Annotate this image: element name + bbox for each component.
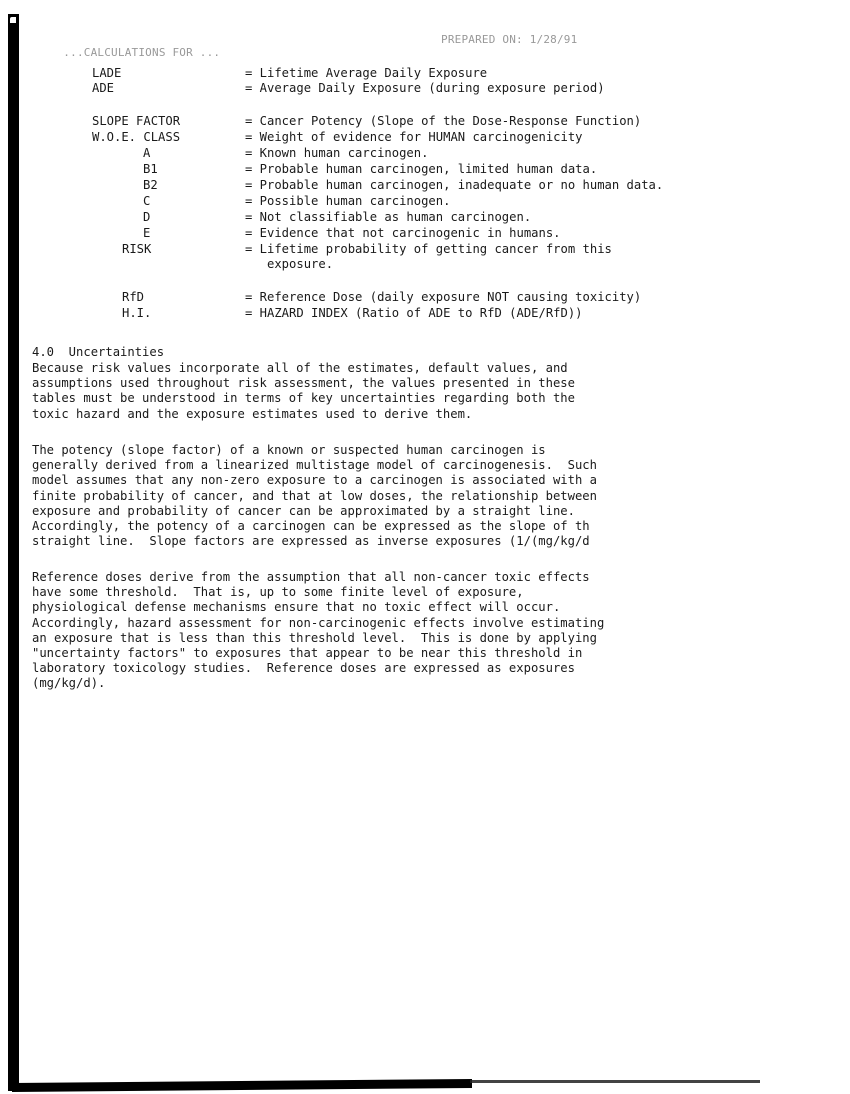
definition-term: C [143,194,150,209]
definition-term: W.O.E. CLASS [92,130,180,145]
definition-term: E [143,226,150,241]
definition-term: H.I. [122,306,151,321]
definition-term: A [143,146,150,161]
scan-border-notch [10,17,16,23]
header-title: ...CALCULATIONS FOR ... [63,46,220,59]
definition-text: = Evidence that not carcinogenic in huma… [245,226,561,241]
definition-text: = Weight of evidence for HUMAN carcinoge… [245,130,583,145]
definition-term: B1 [143,162,158,177]
body-paragraph: The potency (slope factor) of a known or… [32,443,597,549]
definition-term: SLOPE FACTOR [92,114,180,129]
page-header: ...CALCULATIONS FOR ... PREPARED ON: 1/2… [36,33,220,85]
definition-text: = Average Daily Exposure (during exposur… [245,81,605,96]
definition-text: = Reference Dose (daily exposure NOT cau… [245,290,641,305]
definition-term: B2 [143,178,158,193]
definition-term: D [143,210,150,225]
scan-border-bottom-faded [470,1080,760,1083]
definition-term: LADE [92,66,121,81]
document-page: ...CALCULATIONS FOR ... PREPARED ON: 1/2… [0,0,850,1094]
definition-term: RfD [122,290,144,305]
definition-text: = Possible human carcinogen. [245,194,450,209]
definition-text: = Lifetime Average Daily Exposure [245,66,487,81]
definition-term: ADE [92,81,114,96]
definition-text: = Probable human carcinogen, inadequate … [245,178,663,193]
section-title: 4.0 Uncertainties [32,345,164,359]
body-paragraph: Reference doses derive from the assumpti… [32,570,604,692]
scan-border-bottom [12,1079,472,1092]
definition-text: = Known human carcinogen. [245,146,428,161]
scan-border-left [8,14,19,1091]
definition-text: = Cancer Potency (Slope of the Dose-Resp… [245,114,641,129]
definition-text: = HAZARD INDEX (Ratio of ADE to RfD (ADE… [245,306,583,321]
definition-text: = Lifetime probability of getting cancer… [245,242,612,272]
definition-text: = Probable human carcinogen, limited hum… [245,162,597,177]
header-prepared-date: PREPARED ON: 1/28/91 [441,33,577,46]
definition-term: RISK [122,242,151,257]
body-paragraph: Because risk values incorporate all of t… [32,361,575,422]
definition-text: = Not classifiable as human carcinogen. [245,210,531,225]
